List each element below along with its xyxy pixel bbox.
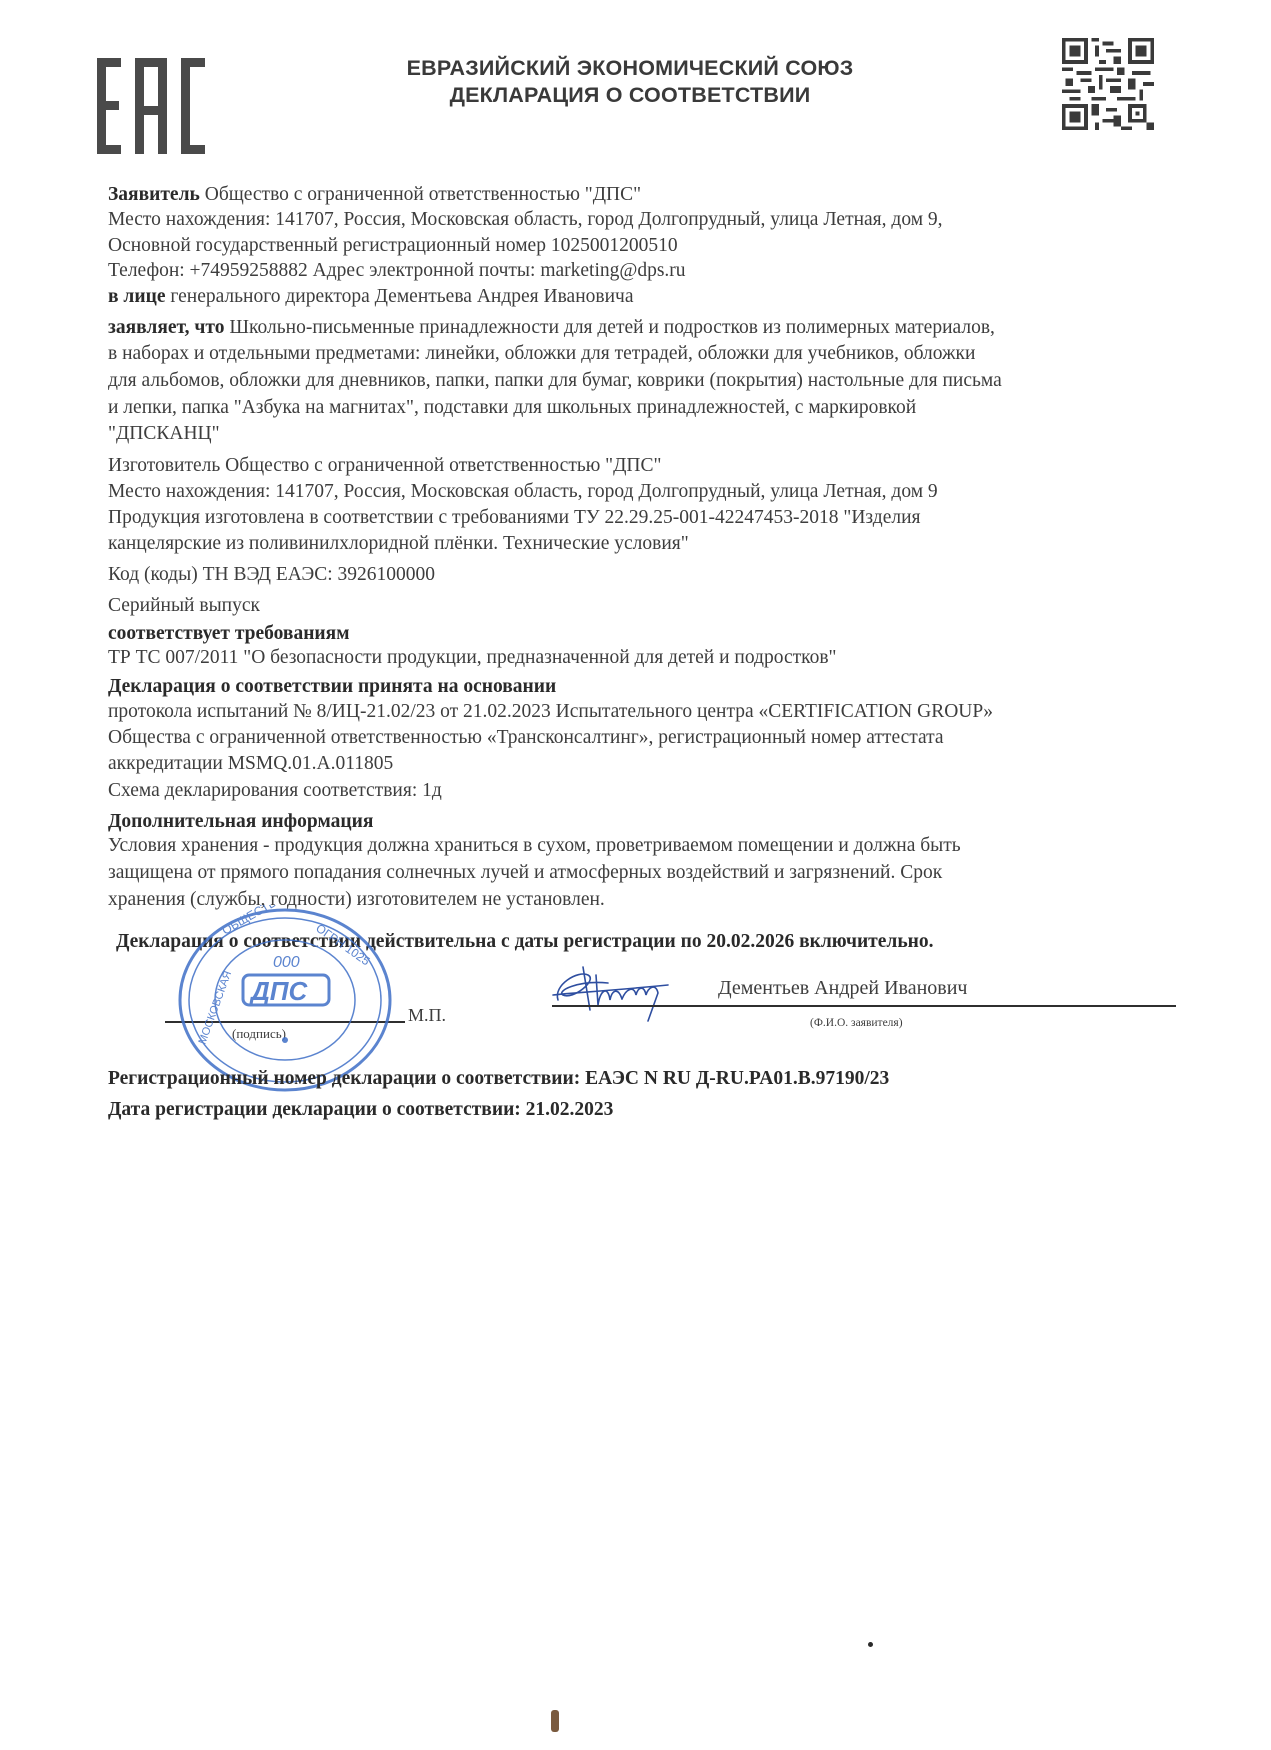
svg-text:ДПС: ДПС	[249, 976, 308, 1006]
basis-line-1: протокола испытаний № 8/ИЦ-21.02/23 от 2…	[108, 700, 993, 724]
declares-label: заявляет, что	[108, 317, 225, 338]
svg-text:000: 000	[273, 954, 300, 971]
scan-speck	[868, 1642, 873, 1647]
basis-label: Декларация о соответствии принята на осн…	[108, 675, 556, 699]
manufacturer-name: Изготовитель Общество с ограниченной отв…	[108, 454, 661, 478]
represented-label: в лице	[108, 286, 165, 307]
manufacturer-address: Место нахождения: 141707, Россия, Москов…	[108, 480, 938, 504]
eac-logo-icon	[97, 58, 209, 154]
document-header: ЕВРАЗИЙСКИЙ ЭКОНОМИЧЕСКИЙ СОЮЗ ДЕКЛАРАЦИ…	[260, 55, 1000, 109]
declares-line-2: в наборах и отдельными предметами: линей…	[108, 342, 975, 366]
stamp-place-label: М.П.	[408, 1003, 446, 1027]
additional-label: Дополнительная информация	[108, 810, 373, 834]
represented-by: генерального директора Дементьева Андрея…	[165, 286, 633, 307]
basis-line-2: Общества с ограниченной ответственностью…	[108, 726, 944, 750]
represented-by-line: в лице генерального директора Дементьева…	[108, 285, 633, 309]
production-type: Серийный выпуск	[108, 594, 260, 618]
applicant-address: Место нахождения: 141707, Россия, Москов…	[108, 208, 943, 232]
registration-date: Дата регистрации декларации о соответств…	[108, 1098, 613, 1122]
basis-line-3: аккредитации MSMQ.01.A.011805	[108, 752, 393, 776]
applicant-ogrn: Основной государственный регистрационный…	[108, 234, 678, 258]
requirements-label: соответствует требованиям	[108, 622, 350, 646]
applicant-line: Заявитель Общество с ограниченной ответс…	[108, 183, 641, 207]
handwritten-signature-icon	[548, 955, 678, 1025]
declaration-document: ЕВРАЗИЙСКИЙ ЭКОНОМИЧЕСКИЙ СОЮЗ ДЕКЛАРАЦИ…	[0, 0, 1271, 1750]
declaration-title: ДЕКЛАРАЦИЯ О СООТВЕТСТВИИ	[260, 82, 1000, 109]
applicant-contacts: Телефон: +74959258882 Адрес электронной …	[108, 259, 686, 283]
requirements-regulation: ТР ТС 007/2011 "О безопасности продукции…	[108, 646, 837, 670]
declares-text: Школьно-письменные принадлежности для де…	[225, 317, 995, 338]
additional-line-2: защищена от прямого попадания солнечных …	[108, 861, 942, 885]
declares-line-3: для альбомов, обложки для дневников, пап…	[108, 369, 1002, 393]
tn-ved-code: Код (коды) ТН ВЭД ЕАЭС: 3926100000	[108, 563, 435, 587]
declares-line-1: заявляет, что Школьно-письменные принадл…	[108, 316, 995, 340]
additional-line-1: Условия хранения - продукция должна хран…	[108, 834, 961, 858]
declares-line-4: и лепки, папка "Азбука на магнитах", под…	[108, 396, 916, 420]
scan-mark	[551, 1710, 559, 1732]
signer-name-line	[552, 1005, 1176, 1007]
registration-number: Регистрационный номер декларации о соотв…	[108, 1067, 889, 1091]
manufacturer-spec-2: канцелярские из поливинилхлоридной плёнк…	[108, 532, 689, 556]
union-title: ЕВРАЗИЙСКИЙ ЭКОНОМИЧЕСКИЙ СОЮЗ	[260, 55, 1000, 82]
applicant-label: Заявитель	[108, 184, 200, 205]
basis-line-4: Схема декларирования соответствия: 1д	[108, 779, 442, 803]
svg-text:ОГРН 1025: ОГРН 1025	[313, 921, 373, 969]
applicant-name: Общество с ограниченной ответственностью…	[200, 184, 641, 205]
signer-caption: (Ф.И.О. заявителя)	[810, 1011, 903, 1035]
signer-name: Дементьев Андрей Иванович	[718, 976, 968, 1000]
declares-line-5: "ДПСКАНЦ"	[108, 422, 220, 446]
manufacturer-spec-1: Продукция изготовлена в соответствии с т…	[108, 506, 921, 530]
qr-code-icon[interactable]	[1060, 38, 1156, 130]
